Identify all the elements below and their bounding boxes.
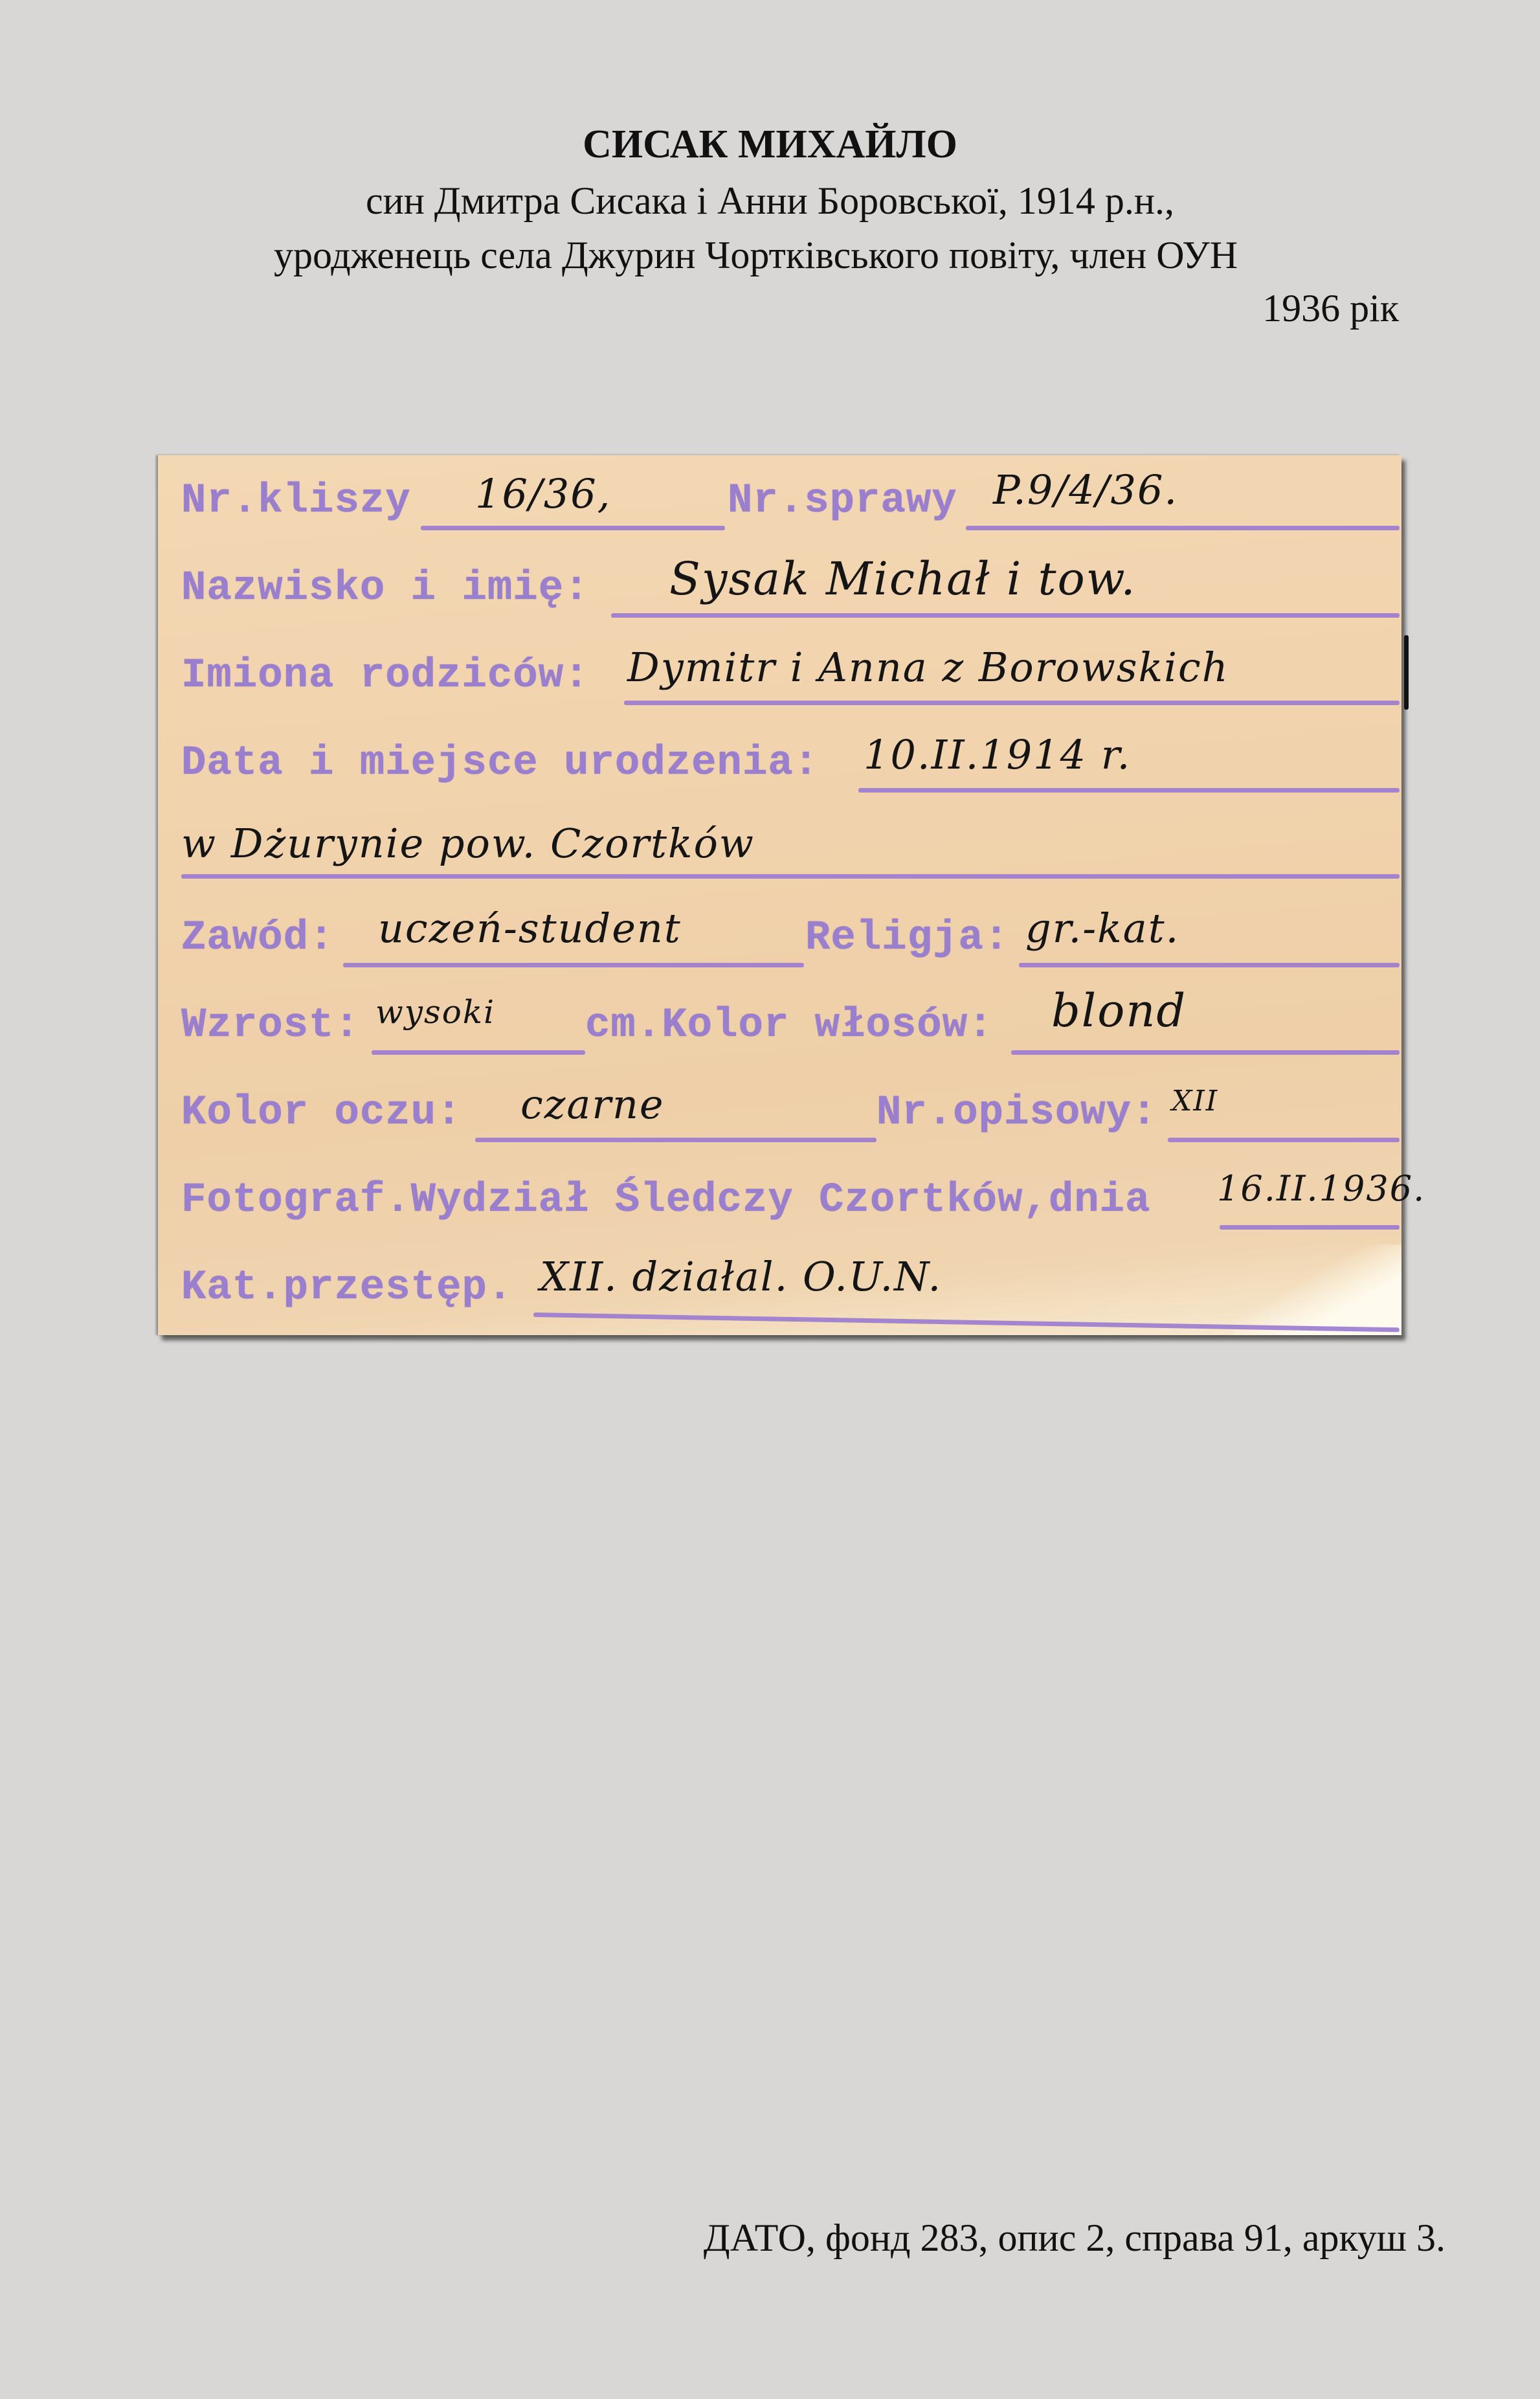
edge-ink-mark: [1404, 635, 1409, 710]
label-occupation: Zawód:: [181, 915, 334, 962]
value-occupation: uczeń-student: [378, 905, 682, 952]
label-photo-department-date: Fotograf.Wydział Śledczy Czortków,dnia: [181, 1177, 1150, 1224]
underline: [1220, 1225, 1400, 1230]
value-birth-place: w Dżurynie pow. Czortków: [181, 820, 755, 867]
card-row-height-hair: Wzrost: wysoki cm.Kolor włosów: blond: [158, 1002, 1401, 1067]
card-row-parents: Imiona rodziców: Dymitr i Anna z Borowsk…: [158, 653, 1401, 717]
underline: [858, 788, 1400, 793]
underline: [421, 526, 725, 530]
value-religion: gr.-kat.: [1025, 905, 1179, 952]
underline: [966, 526, 1400, 530]
card-row-crime-category: Kat.przestęp. XII. działal. O.U.N.: [158, 1265, 1401, 1329]
subtitle-parents: син Дмитра Сисака і Анни Боровської, 191…: [0, 179, 1540, 223]
label-name: Nazwisko i imię:: [181, 565, 590, 612]
label-case-number: Nr.sprawy: [728, 478, 957, 524]
card-row-birth-date: Data i miejsce urodzenia: 10.II.1914 r.: [158, 740, 1401, 805]
underline: [624, 701, 1400, 705]
underline: [1019, 963, 1400, 967]
value-hair-color: blond: [1051, 984, 1187, 1037]
label-parents: Imiona rodziców:: [181, 653, 590, 699]
value-parents: Dymitr i Anna z Borowskich: [627, 644, 1229, 691]
value-birth-date: 10.II.1914 r.: [864, 731, 1131, 778]
registration-card-scan: Nr.kliszy 16/36, Nr.sprawy P.9/4/36. Naz…: [158, 455, 1401, 1335]
underline: [1168, 1138, 1400, 1142]
value-description-number: XII: [1172, 1085, 1218, 1118]
archive-source-citation: ДАТО, фонд 283, опис 2, справа 91, аркуш…: [704, 2216, 1445, 2260]
label-eye-color: Kolor oczu:: [181, 1090, 462, 1136]
value-case-number: P.9/4/36.: [993, 466, 1178, 513]
underline: [611, 613, 1400, 618]
underline: [372, 1050, 585, 1055]
underline: [181, 874, 1400, 879]
label-birth-date-place: Data i miejsce urodzenia:: [181, 740, 819, 787]
card-row-name: Nazwisko i imię: Sysak Michał i tow.: [158, 565, 1401, 630]
value-photo-date: 16.II.1936.: [1217, 1168, 1425, 1209]
card-row-occupation-religion: Zawód: uczeń-student Religja: gr.-kat.: [158, 915, 1401, 980]
underline: [475, 1138, 876, 1142]
value-film-number: 16/36,: [475, 470, 611, 517]
underline: [1011, 1050, 1400, 1055]
value-name: Sysak Michał i tow.: [669, 552, 1137, 605]
document-year: 1936 рік: [1262, 286, 1399, 331]
card-row-eyes-descr: Kolor oczu: czarne Nr.opisowy: XII: [158, 1090, 1401, 1154]
card-row-photo-dept: Fotograf.Wydział Śledczy Czortków,dnia 1…: [158, 1177, 1401, 1242]
label-height: Wzrost:: [181, 1002, 360, 1049]
underline: [533, 1312, 1400, 1332]
page-title: СИСАК МИХАЙЛО: [0, 122, 1540, 168]
card-row-film-case: Nr.kliszy 16/36, Nr.sprawy P.9/4/36.: [158, 478, 1401, 543]
subtitle-origin: уродженець села Джурин Чортківського пов…: [0, 233, 1526, 278]
label-religion: Religja:: [805, 915, 1009, 962]
label-crime-category: Kat.przestęp.: [181, 1265, 513, 1311]
label-hair-color: cm.Kolor włosów:: [585, 1002, 994, 1049]
label-film-number: Nr.kliszy: [181, 478, 411, 524]
value-eye-color: czarne: [520, 1081, 665, 1128]
card-row-birth-place: w Dżurynie pow. Czortków: [158, 828, 1401, 892]
value-crime-category: XII. działal. O.U.N.: [540, 1253, 942, 1300]
underline: [343, 963, 804, 967]
value-height: wysoki: [375, 993, 495, 1031]
label-description-number: Nr.opisowy:: [876, 1090, 1157, 1136]
